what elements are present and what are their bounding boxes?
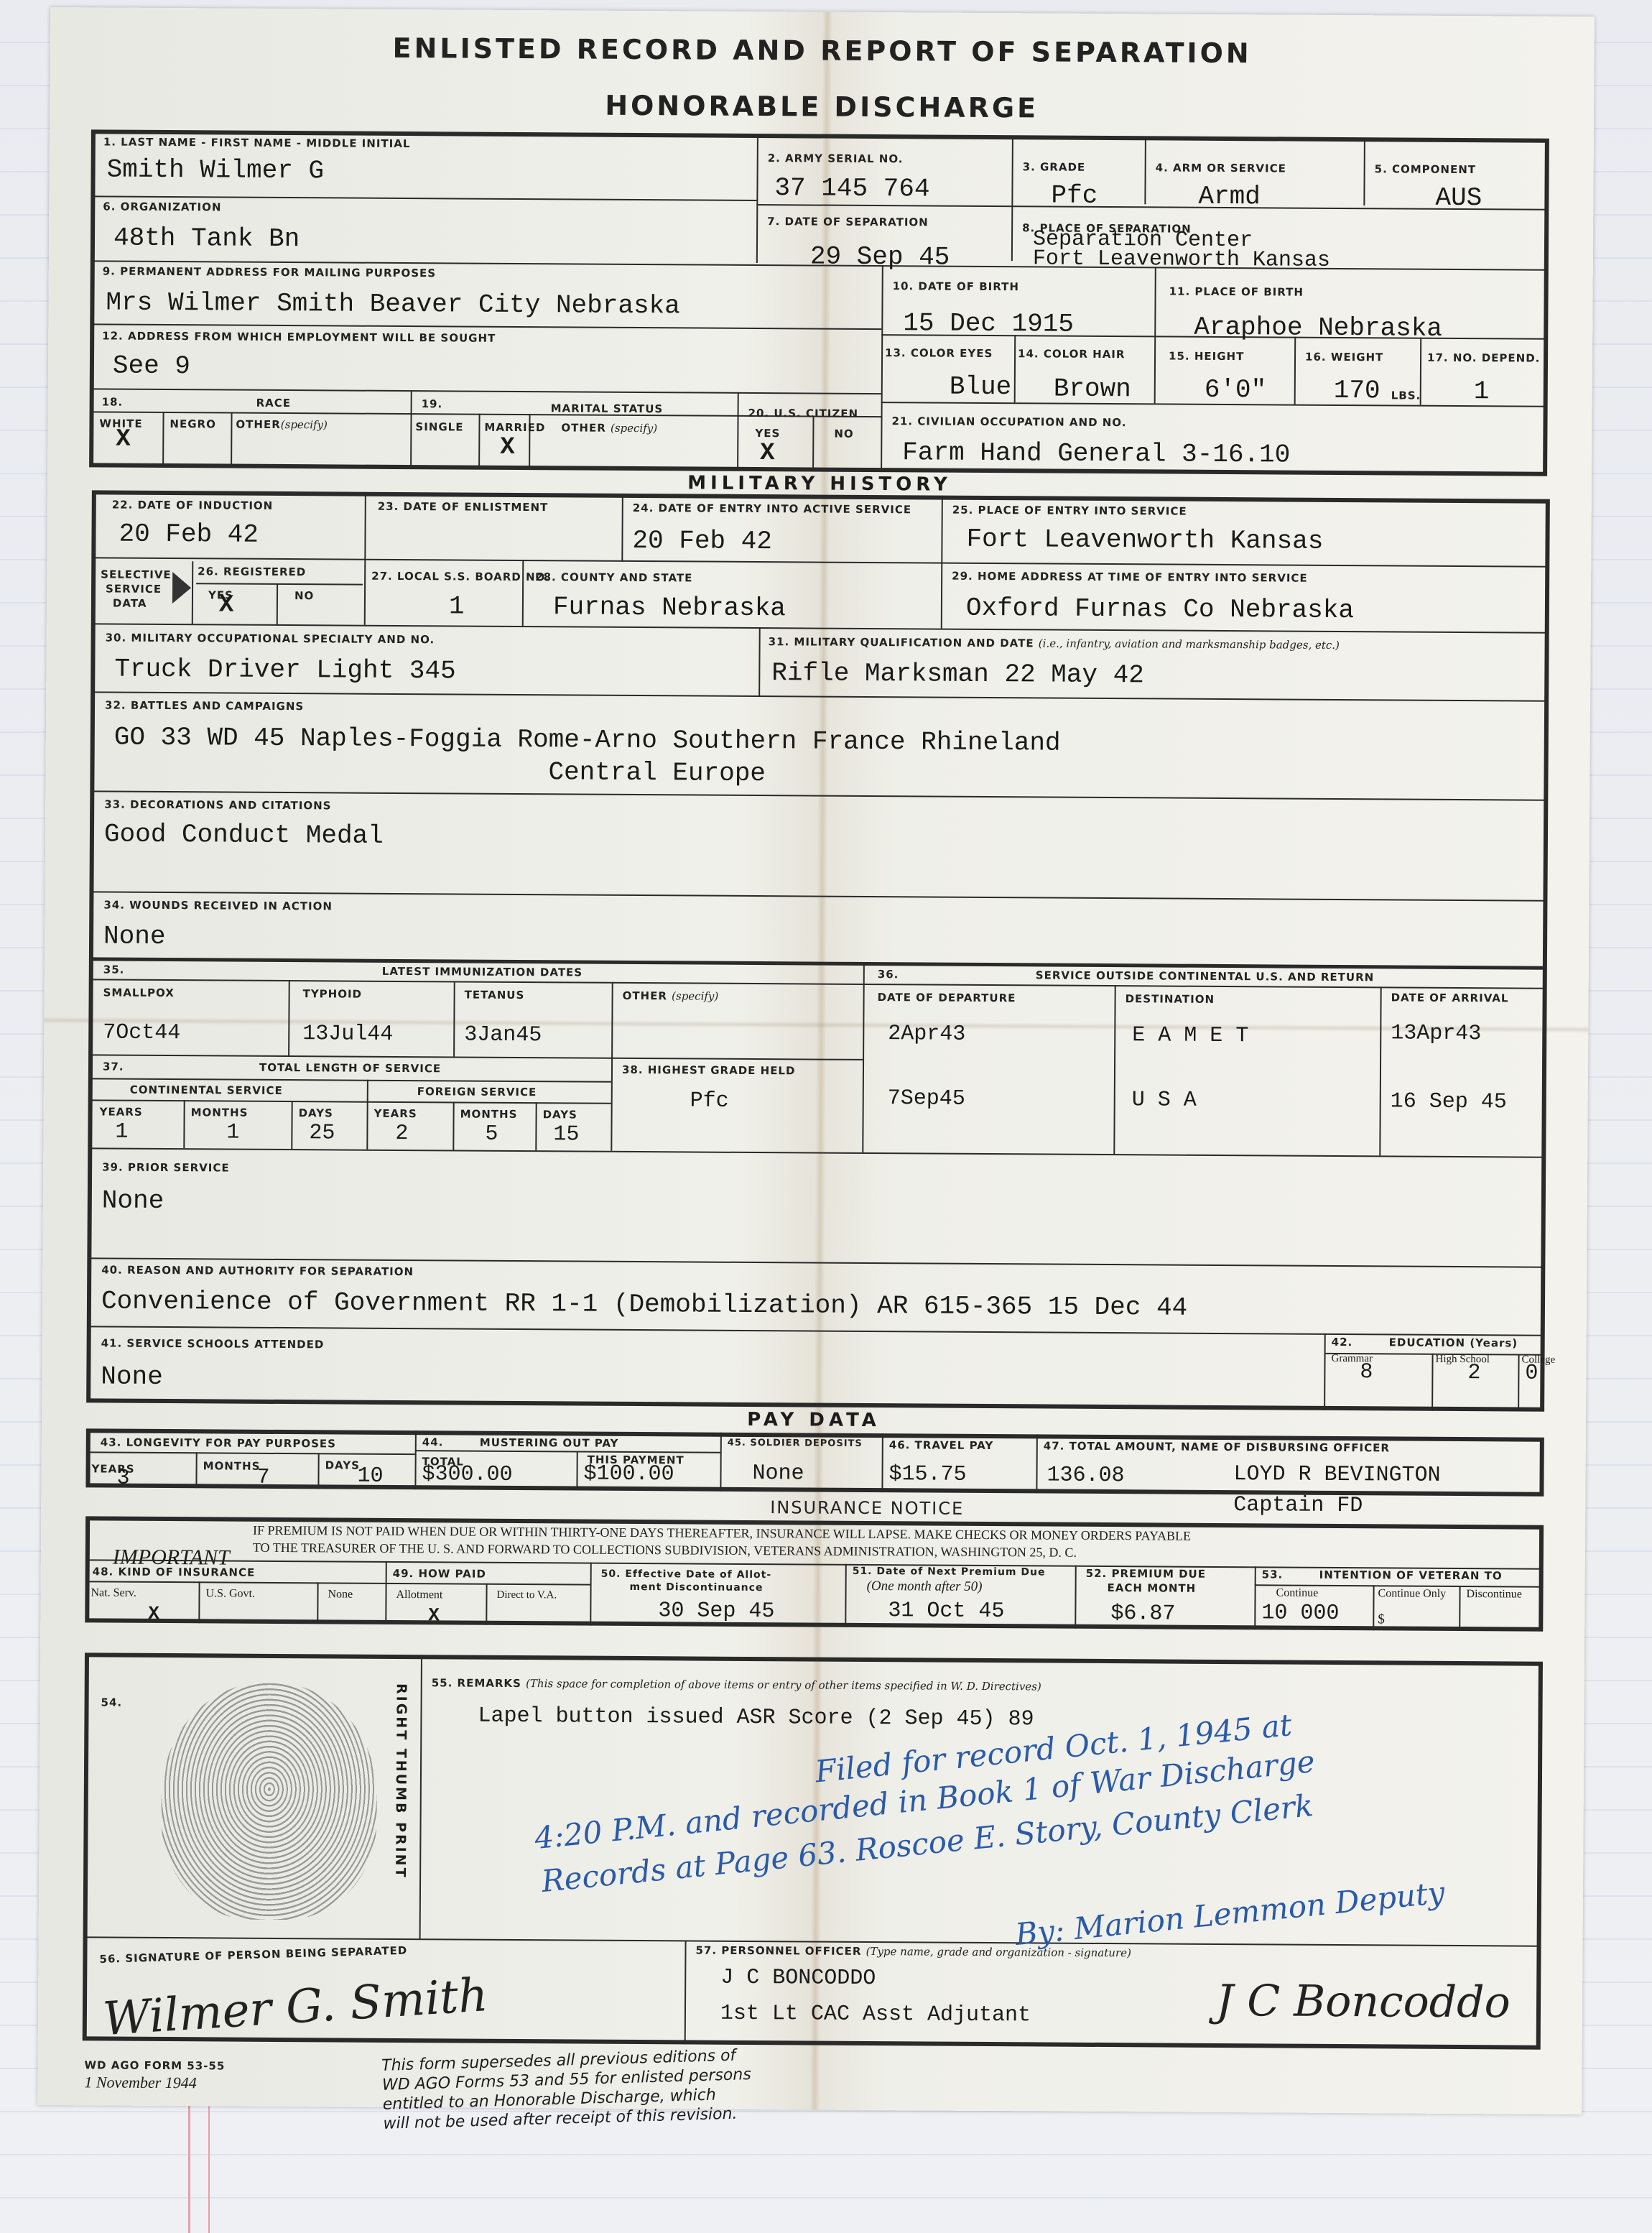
field-16-weight: 170 — [1334, 376, 1380, 405]
field-24-label: 24. DATE OF ENTRY INTO ACTIVE SERVICE — [633, 501, 911, 516]
overseas-row-1-departure: 2Apr43 — [888, 1022, 965, 1047]
field-52-label: 52. PREMIUM DUE — [1086, 1567, 1206, 1581]
field-30-label: 30. MILITARY OCCUPATIONAL SPECIALTY AND … — [106, 631, 435, 646]
continental-years-header: YEARS — [100, 1105, 143, 1118]
field-57-label: 57. PERSONNEL OFFICER (Type name, grade … — [695, 1944, 1131, 1960]
field-33-label: 33. DECORATIONS AND CITATIONS — [104, 797, 331, 812]
field-38-highest-grade: Pfc — [690, 1088, 729, 1113]
field-27-label: 27. LOCAL S.S. BOARD NO. — [371, 570, 550, 584]
discharge-form: ENLISTED RECORD AND REPORT OF SEPARATION… — [37, 7, 1595, 2114]
immunization-typhoid: 13Jul44 — [302, 1022, 393, 1047]
field-25-label: 25. PLACE OF ENTRY INTO SERVICE — [952, 504, 1187, 518]
registered-option-no[interactable]: NO — [294, 589, 314, 602]
foreign-days-header: DAYS — [543, 1108, 577, 1121]
field-5-component: AUS — [1435, 183, 1482, 213]
field-17-dependents: 1 — [1474, 376, 1490, 406]
field-41-label: 41. SERVICE SCHOOLS ATTENDED — [101, 1336, 325, 1351]
race-option-negro[interactable]: NEGRO — [170, 417, 216, 430]
education-high-school-label: High School — [1435, 1354, 1490, 1366]
personnel-officer-title: 1st Lt CAC Asst Adjutant — [720, 2002, 1031, 2028]
field-51-label: 51. Date of Next Premium Due — [853, 1566, 1046, 1578]
field-39-prior-service: None — [102, 1185, 164, 1216]
foreign-years-header: YEARS — [374, 1107, 417, 1120]
field-15-label: 15. HEIGHT — [1169, 350, 1244, 364]
continental-months: 1 — [226, 1121, 239, 1145]
field-31-qualification: Rifle Marksman 22 May 42 — [771, 658, 1144, 690]
field-47-disbursing-officer: LOYD R BEVINGTON — [1233, 1462, 1440, 1488]
form-subtitle: HONORABLE DISCHARGE — [50, 86, 1594, 127]
overseas-row-2-departure: 7Sep45 — [888, 1086, 965, 1111]
field-6-label: 6. ORGANIZATION — [103, 200, 221, 213]
field-16-unit: LBS. — [1391, 389, 1421, 402]
immunization-header-other: OTHER (specify) — [623, 989, 719, 1003]
citizen-option-no[interactable]: NO — [834, 427, 853, 440]
field-8-place-line2: Fort Leavenworth Kansas — [1033, 246, 1330, 273]
field-22-induction-date: 20 Feb 42 — [119, 519, 259, 550]
intention-option-continue[interactable]: Continue — [1276, 1586, 1318, 1599]
citizen-option-yes[interactable]: YES — [755, 427, 780, 440]
longevity-months-label: MONTHS — [203, 1459, 261, 1472]
field-28-label: 28. COUNTY AND STATE — [535, 570, 692, 584]
race-white-mark: X — [116, 426, 131, 453]
field-53-number: 53. — [1262, 1568, 1284, 1581]
supersedes-note: This form supersedes all previous editio… — [381, 2045, 753, 2134]
field-11-label: 11. PLACE OF BIRTH — [1169, 285, 1304, 299]
field-20-label: 20. U.S. CITIZEN — [748, 407, 859, 420]
overseas-row-1-destination: E A M E T — [1132, 1023, 1248, 1048]
field-42-number: 42. — [1332, 1336, 1353, 1349]
how-paid-allotment-mark: X — [428, 1604, 440, 1626]
race-option-other[interactable]: OTHER(specify) — [236, 418, 328, 432]
field-1-name: Smith Wilmer G — [106, 154, 324, 185]
field-34-wounds: None — [103, 921, 166, 951]
education-college: 0 — [1525, 1361, 1538, 1386]
field-18-number: 18. — [102, 395, 124, 408]
foreign-service-label: FOREIGN SERVICE — [417, 1085, 537, 1099]
field-32-battles-line2: Central Europe — [548, 757, 766, 788]
field-25-entry-place: Fort Leavenworth Kansas — [966, 524, 1323, 556]
foreign-years: 2 — [395, 1122, 408, 1146]
personnel-officer-signature: J C Boncoddo — [1216, 1976, 1511, 2028]
education-grammar: 8 — [1360, 1360, 1373, 1384]
arrow-right-icon — [172, 572, 191, 604]
longevity-months: 7 — [256, 1466, 269, 1490]
form-title: ENLISTED RECORD AND REPORT OF SEPARATION — [50, 30, 1595, 71]
field-39-label: 39. PRIOR SERVICE — [102, 1160, 230, 1174]
field-32-label: 32. BATTLES AND CAMPAIGNS — [105, 698, 304, 713]
field-40-label: 40. REASON AND AUTHORITY FOR SEPARATION — [101, 1263, 414, 1278]
field-53-label: INTENTION OF VETERAN TO — [1319, 1568, 1503, 1583]
field-54-label: 54. — [101, 1696, 123, 1709]
overseas-row-1-arrival: 13Apr43 — [1391, 1021, 1481, 1046]
field-37-number: 37. — [103, 1060, 124, 1073]
mustering-this-payment: $100.00 — [583, 1462, 674, 1487]
field-23-label: 23. DATE OF ENLISTMENT — [378, 500, 549, 514]
marital-option-single[interactable]: SINGLE — [415, 420, 463, 433]
marital-married-mark: X — [500, 434, 515, 461]
thumbprint-image — [161, 1682, 378, 1920]
field-36-label: SERVICE OUTSIDE CONTINENTAL U.S. AND RET… — [1036, 968, 1375, 984]
field-5-label: 5. COMPONENT — [1375, 162, 1476, 176]
field-11-birth-place: Araphoe Nebraska — [1194, 313, 1442, 343]
overseas-row-2-destination: U S A — [1132, 1088, 1197, 1113]
marital-option-married[interactable]: MARRIED — [484, 421, 545, 435]
immunization-tetanus: 3Jan45 — [464, 1023, 542, 1048]
field-9-label: 9. PERMANENT ADDRESS FOR MAILING PURPOSE… — [103, 264, 437, 279]
continental-days: 25 — [309, 1121, 335, 1145]
right-thumb-print-label: RIGHT THUMB PRINT — [392, 1683, 409, 1880]
field-45-label: 45. SOLDIER DEPOSITS — [728, 1438, 863, 1449]
field-51-note: (One month after 50) — [867, 1578, 983, 1595]
field-32-battles-line1: GO 33 WD 45 Naples-Foggia Rome-Arno Sout… — [114, 723, 1061, 758]
field-36-number: 36. — [878, 968, 899, 981]
field-50-label: 50. Effective Date of Allot- — [601, 1568, 772, 1581]
immunization-smallpox: 7Oct44 — [103, 1020, 180, 1045]
immunization-header-typhoid: TYPHOID — [303, 987, 363, 1001]
selective-service-label: SELECTIVE — [101, 568, 172, 581]
field-52-label-2: EACH MONTH — [1108, 1581, 1197, 1595]
field-6-organization: 48th Tank Bn — [113, 223, 300, 254]
how-paid-option-allotment[interactable]: Allotment — [396, 1589, 442, 1601]
insurance-option-none[interactable]: None — [328, 1588, 353, 1601]
citizen-yes-mark: X — [760, 440, 775, 467]
intention-continue-only-amount: $ — [1378, 1612, 1385, 1627]
field-35-number: 35. — [103, 963, 125, 976]
longevity-days: 10 — [357, 1464, 383, 1489]
longevity-years: 3 — [116, 1466, 129, 1491]
form-date: 1 November 1944 — [84, 2073, 197, 2092]
field-10-label: 10. DATE OF BIRTH — [893, 279, 1019, 293]
field-18-label: RACE — [256, 397, 292, 410]
field-43-label: 43. LONGEVITY FOR PAY PURPOSES — [101, 1435, 336, 1450]
field-45-deposits: None — [752, 1461, 804, 1486]
field-2-serial: 37 145 764 — [774, 173, 929, 203]
foreign-days: 15 — [553, 1122, 579, 1147]
field-34-label: 34. WOUNDS RECEIVED IN ACTION — [103, 898, 333, 912]
field-26-label: 26. REGISTERED — [198, 565, 306, 578]
education-high-school: 2 — [1467, 1361, 1480, 1385]
remarks-typed: Lapel button issued ASR Score (2 Sep 45)… — [478, 1704, 1034, 1732]
field-51-next-premium-date: 31 Oct 45 — [888, 1599, 1004, 1624]
field-30-mos: Truck Driver Light 345 — [114, 655, 456, 686]
field-15-height: 6'0" — [1205, 375, 1267, 405]
field-19-number: 19. — [422, 397, 443, 410]
overseas-header-destination: DESTINATION — [1126, 992, 1215, 1006]
form-number: WD AGO FORM 53-55 — [84, 2058, 225, 2072]
continental-service-label: CONTINENTAL SERVICE — [130, 1083, 283, 1097]
overseas-row-2-arrival: 16 Sep 45 — [1391, 1089, 1507, 1114]
intention-option-continue-only[interactable]: Continue Only — [1378, 1587, 1446, 1601]
field-7-separation-date: 29 Sep 45 — [810, 241, 950, 272]
field-44-label: MUSTERING OUT PAY — [480, 1436, 619, 1450]
field-48-label: 48. KIND OF INSURANCE — [93, 1565, 256, 1578]
field-7-label: 7. DATE OF SEPARATION — [767, 215, 929, 228]
foreign-months-header: MONTHS — [460, 1108, 518, 1121]
field-35-label: LATEST IMMUNIZATION DATES — [382, 965, 583, 979]
insurance-option-us-govt[interactable]: U.S. Govt. — [205, 1587, 255, 1600]
field-3-label: 3. GRADE — [1023, 160, 1086, 174]
field-10-birth-date: 15 Dec 1915 — [903, 308, 1074, 338]
field-22-label: 22. DATE OF INDUCTION — [112, 499, 274, 512]
field-44-number: 44. — [422, 1435, 444, 1448]
field-14-hair: Brown — [1054, 374, 1131, 404]
field-27-board-no: 1 — [449, 591, 465, 621]
field-28-county-state: Furnas Nebraska — [553, 592, 786, 623]
field-46-label: 46. TRAVEL PAY — [889, 1438, 994, 1452]
selective-service-label-3: DATA — [113, 597, 147, 610]
field-33-decorations: Good Conduct Medal — [104, 819, 384, 850]
field-13-label: 13. COLOR EYES — [885, 346, 993, 360]
field-16-label: 16. WEIGHT — [1305, 351, 1383, 364]
field-21-label: 21. CIVILIAN OCCUPATION AND NO. — [891, 415, 1126, 429]
field-38-label: 38. HIGHEST GRADE HELD — [622, 1063, 796, 1077]
field-49-label: 49. HOW PAID — [393, 1567, 486, 1581]
selective-service-label-2: SERVICE — [106, 582, 162, 595]
insurance-nat-serv-mark: X — [148, 1603, 159, 1624]
field-12-employment-address: See 9 — [113, 351, 190, 382]
intention-continue-amount: 10 000 — [1261, 1601, 1339, 1626]
field-12-label: 12. ADDRESS FROM WHICH EMPLOYMENT WILL B… — [102, 329, 496, 344]
intention-option-discontinue[interactable]: Discontinue — [1466, 1588, 1521, 1601]
foreign-months: 5 — [485, 1122, 498, 1147]
continental-years: 1 — [115, 1120, 128, 1145]
field-21-occupation: Farm Hand General 3-16.10 — [902, 438, 1290, 469]
field-50-label-2: ment Discontinuance — [630, 1581, 764, 1594]
field-42-label: EDUCATION (Years) — [1389, 1336, 1518, 1349]
field-13-eyes: Blue — [950, 372, 1012, 402]
field-29-home-address: Oxford Furnas Co Nebraska — [966, 593, 1354, 625]
field-17-label: 17. NO. DEPEND. — [1427, 351, 1540, 365]
field-29-label: 29. HOME ADDRESS AT TIME OF ENTRY INTO S… — [952, 570, 1308, 585]
overseas-header-arrival: DATE OF ARRIVAL — [1391, 991, 1509, 1004]
field-24-active-date: 20 Feb 42 — [632, 526, 772, 556]
field-9-address: Mrs Wilmer Smith Beaver City Nebraska — [106, 287, 680, 320]
field-4-label: 4. ARM OR SERVICE — [1156, 161, 1286, 175]
field-41-schools: None — [101, 1361, 163, 1392]
personnel-officer-name: J C BONCODDO — [720, 1966, 876, 1991]
field-50-discontinuance-date: 30 Sep 45 — [658, 1599, 774, 1624]
field-52-premium: $6.87 — [1110, 1601, 1175, 1627]
continental-days-header: DAYS — [299, 1106, 333, 1119]
field-3-grade: Pfc — [1051, 181, 1098, 211]
overseas-header-departure: DATE OF DEPARTURE — [878, 991, 1016, 1004]
marital-option-other[interactable]: OTHER (specify) — [561, 421, 657, 435]
field-1-label: 1. LAST NAME - FIRST NAME - MIDDLE INITI… — [103, 135, 411, 150]
field-4-arm: Armd — [1198, 182, 1261, 212]
field-14-label: 14. COLOR HAIR — [1018, 347, 1126, 361]
field-19-label: MARITAL STATUS — [551, 402, 664, 415]
continental-months-header: MONTHS — [191, 1106, 249, 1119]
field-46-travel-pay: $15.75 — [888, 1462, 966, 1487]
longevity-days-label: DAYS — [325, 1458, 360, 1471]
field-47-officer-rank: Captain FD — [1233, 1493, 1363, 1518]
field-47-total-amount: 136.08 — [1047, 1464, 1124, 1489]
insurance-notice-heading: INSURANCE NOTICE — [770, 1497, 964, 1519]
immunization-header-tetanus: TETANUS — [465, 989, 525, 1002]
field-47-label: 47. TOTAL AMOUNT, NAME OF DISBURSING OFF… — [1044, 1439, 1390, 1454]
mustering-total: $300.00 — [422, 1462, 512, 1487]
how-paid-option-direct[interactable]: Direct to V.A. — [496, 1589, 557, 1602]
field-37-label: TOTAL LENGTH OF SERVICE — [259, 1061, 441, 1076]
immunization-header-smallpox: SMALLPOX — [103, 986, 175, 999]
insurance-option-nat-serv[interactable]: Nat. Serv. — [91, 1586, 136, 1599]
registered-yes-mark: X — [219, 591, 234, 619]
field-2-label: 2. ARMY SERIAL NO. — [768, 152, 904, 165]
